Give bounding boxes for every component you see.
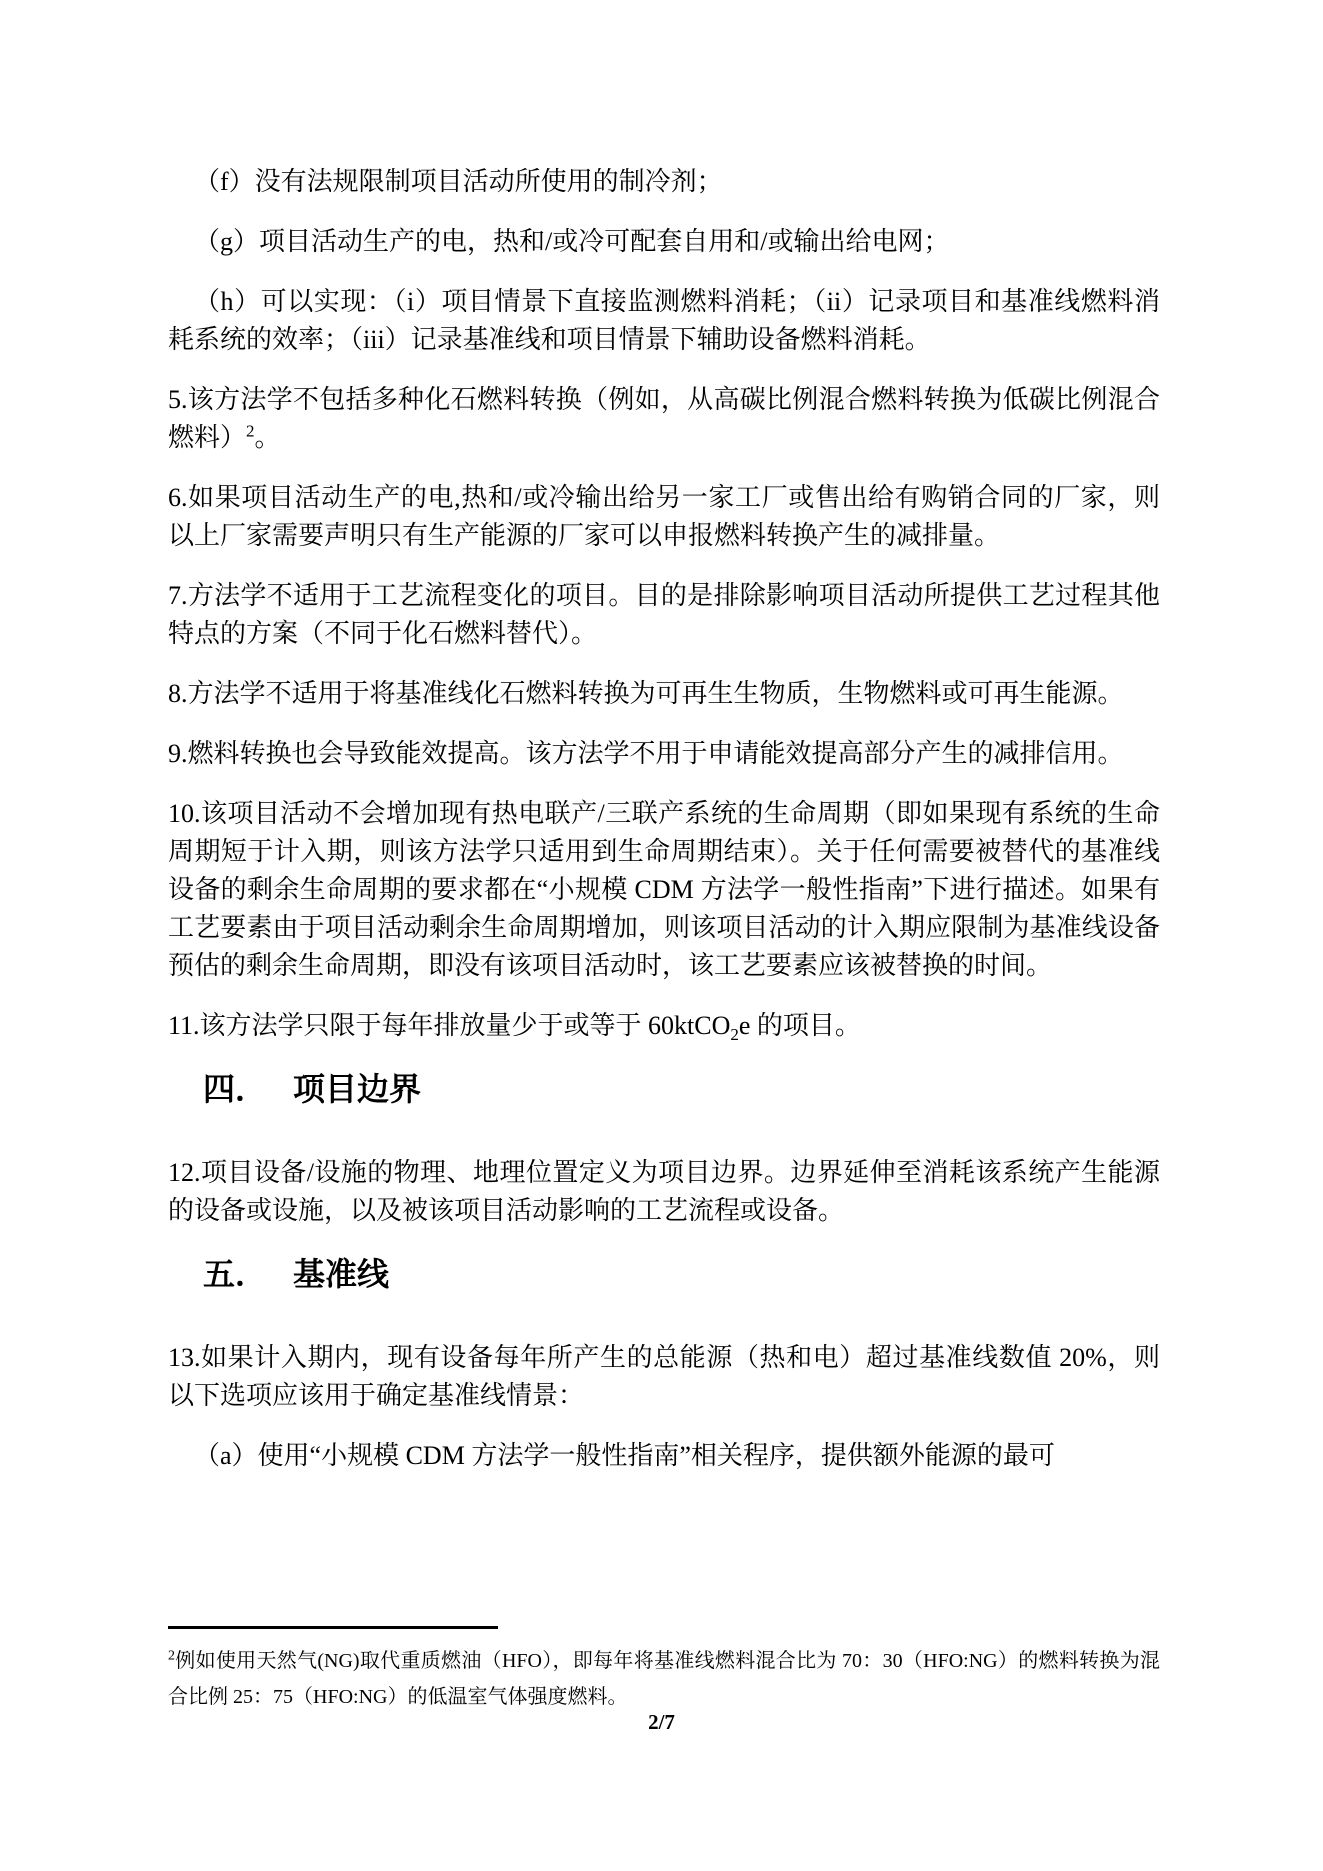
paragraph-5: 5.该方法学不包括多种化石燃料转换（例如，从高碳比例混合燃料转换为低碳比例混合燃…: [168, 381, 1160, 457]
list-item-h: （h）可以实现：（i）项目情景下直接监测燃料消耗；（ii）记录项目和基准线燃料消…: [168, 283, 1160, 359]
section-five-number: 五．: [203, 1252, 293, 1296]
footnote-separator: [168, 1626, 498, 1629]
paragraph-11-text: 11.该方法学只限于每年排放量少于或等于 60ktCO: [168, 1011, 730, 1040]
page-content: （f）没有法规限制项目活动所使用的制冷剂； （g）项目活动生产的电，热和/或冷可…: [168, 163, 1160, 1497]
co2-subscript: 2: [730, 1025, 739, 1044]
footnote-marker: 2: [168, 1648, 175, 1663]
footnote-text: 例如使用天然气(NG)取代重质燃油（HFO），即每年将基准线燃料混合比为 70：…: [168, 1650, 1160, 1708]
section-four-title: 项目边界: [293, 1071, 421, 1107]
paragraph-13: 13.如果计入期内，现有设备每年所产生的总能源（热和电）超过基准线数值 20%，…: [168, 1339, 1160, 1415]
list-item-a: （a）使用“小规模 CDM 方法学一般性指南”相关程序，提供额外能源的最可: [168, 1437, 1160, 1475]
paragraph-11: 11.该方法学只限于每年排放量少于或等于 60ktCO2e 的项目。: [168, 1007, 1160, 1045]
section-four-number: 四．: [203, 1067, 293, 1111]
document-page: （f）没有法规限制项目活动所使用的制冷剂； （g）项目活动生产的电，热和/或冷可…: [0, 0, 1323, 1871]
paragraph-9: 9.燃料转换也会导致能效提高。该方法学不用于申请能效提高部分产生的减排信用。: [168, 735, 1160, 773]
section-five-title: 基准线: [293, 1256, 389, 1292]
page-number: 2/7: [0, 1710, 1323, 1735]
paragraph-7: 7.方法学不适用于工艺流程变化的项目。目的是排除影响项目活动所提供工艺过程其他特…: [168, 577, 1160, 653]
paragraph-12: 12.项目设备/设施的物理、地理位置定义为项目边界。边界延伸至消耗该系统产生能源…: [168, 1154, 1160, 1230]
footnote-2: 2例如使用天然气(NG)取代重质燃油（HFO），即每年将基准线燃料混合比为 70…: [168, 1643, 1160, 1715]
paragraph-5-text: 5.该方法学不包括多种化石燃料转换（例如，从高碳比例混合燃料转换为低碳比例混合燃…: [168, 385, 1160, 452]
section-heading-baseline: 五．基准线: [168, 1252, 1160, 1296]
paragraph-6: 6.如果项目活动生产的电,热和/或冷输出给另一家工厂或售出给有购销合同的厂家，则…: [168, 479, 1160, 555]
paragraph-11-tail: e 的项目。: [739, 1011, 861, 1040]
paragraph-8: 8.方法学不适用于将基准线化石燃料转换为可再生生物质，生物燃料或可再生能源。: [168, 675, 1160, 713]
footnote-area: 2例如使用天然气(NG)取代重质燃油（HFO），即每年将基准线燃料混合比为 70…: [168, 1626, 1160, 1715]
paragraph-5-tail: 。: [255, 423, 281, 452]
section-heading-project-boundary: 四．项目边界: [168, 1067, 1160, 1111]
list-item-g: （g）项目活动生产的电，热和/或冷可配套自用和/或输出给电网；: [168, 223, 1160, 261]
paragraph-10: 10.该项目活动不会增加现有热电联产/三联产系统的生命周期（即如果现有系统的生命…: [168, 795, 1160, 985]
footnote-reference-2: 2: [246, 421, 255, 440]
list-item-f: （f）没有法规限制项目活动所使用的制冷剂；: [168, 163, 1160, 201]
